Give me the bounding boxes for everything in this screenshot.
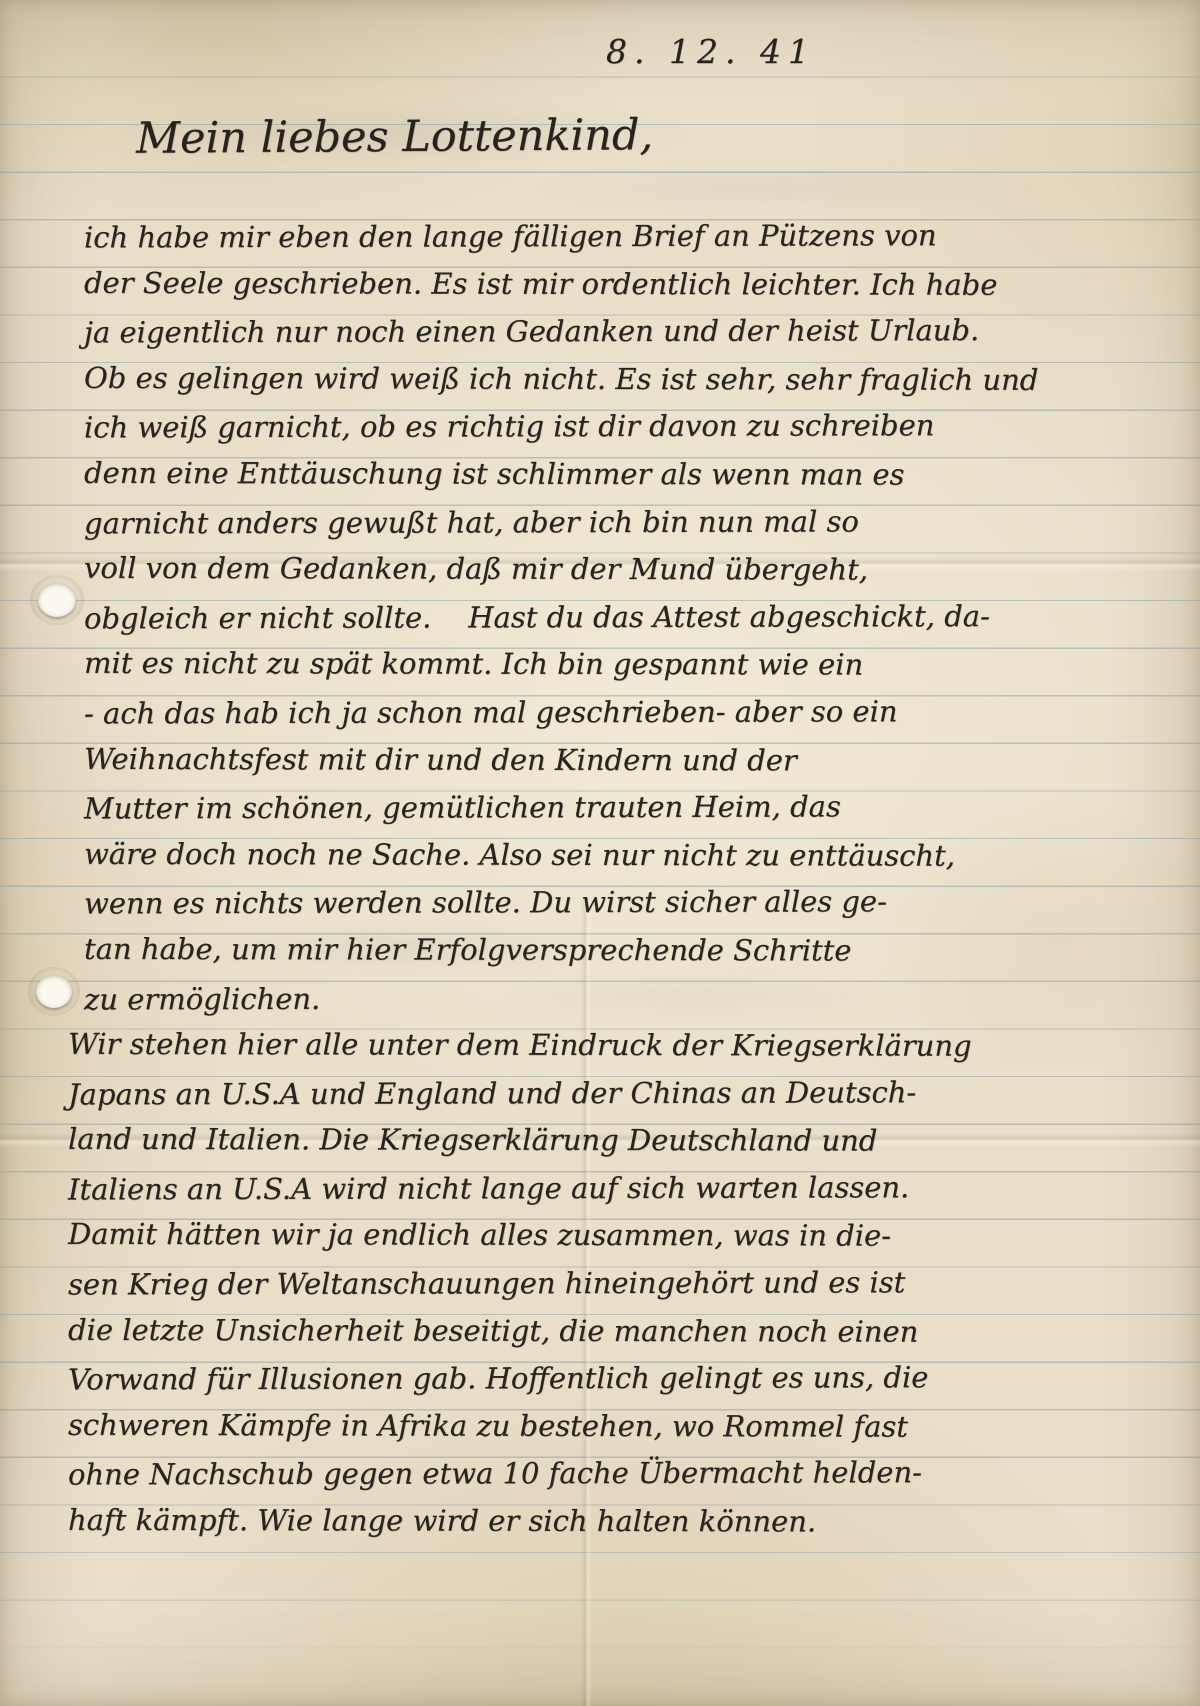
letter-line: wäre doch noch ne Sache. Also sei nur ni… <box>84 831 1174 881</box>
letter-line: Damit hätten wir ja endlich alles zusamm… <box>68 1211 1174 1261</box>
letter-line: Japans an U.S.A und England und der Chin… <box>68 1068 1174 1118</box>
punch-hole-bottom <box>36 975 72 1008</box>
letter-line: ja eigentlich nur noch einen Gedanken un… <box>84 307 1174 357</box>
letter-line: obgleich er nicht sollte. Hast du das At… <box>84 592 1174 642</box>
letter-line: Mutter im schönen, gemütlichen trauten H… <box>84 783 1174 833</box>
letter-line: Wir stehen hier alle unter dem Eindruck … <box>68 1021 1174 1071</box>
letter-line: Ob es gelingen wird weiß ich nicht. Es i… <box>84 355 1174 405</box>
letter-line: Vorwand für Illusionen gab. Hoffentlich … <box>68 1354 1174 1404</box>
letter-line: ich weiß garnicht, ob es richtig ist dir… <box>84 402 1174 452</box>
letter-line: voll von dem Gedanken, daß mir der Mund … <box>84 545 1174 595</box>
letter-line: ich habe mir eben den lange fälligen Bri… <box>84 212 1174 262</box>
letter-line: die letzte Unsicherheit beseitigt, die m… <box>68 1306 1174 1356</box>
letter-line: Italiens an U.S.A wird nicht lange auf s… <box>68 1163 1174 1213</box>
letter-line: garnicht anders gewußt hat, aber ich bin… <box>84 497 1174 547</box>
letter-line: sen Krieg der Weltanschauungen hineingeh… <box>68 1259 1174 1309</box>
letter-line: - ach das hab ich ja schon mal geschrieb… <box>84 688 1174 738</box>
letter-salutation: Mein liebes Lottenkind, <box>136 110 653 164</box>
letter-page: 8. 12. 41 Mein liebes Lottenkind, ich ha… <box>0 0 1200 1706</box>
letter-line: denn eine Enttäuschung ist schlimmer als… <box>84 450 1174 500</box>
letter-date: 8. 12. 41 <box>606 32 816 71</box>
letter-line: tan habe, um mir hier Erfolgversprechend… <box>84 926 1174 976</box>
letter-line: mit es nicht zu spät kommt. Ich bin gesp… <box>84 640 1174 690</box>
letter-line: land und Italien. Die Kriegserklärung De… <box>68 1116 1174 1166</box>
letter-line: Weihnachtsfest mit dir und den Kindern u… <box>84 735 1174 785</box>
letter-body: ich habe mir eben den lange fälligen Bri… <box>84 213 1174 1546</box>
letter-line: schweren Kämpfe in Afrika zu bestehen, w… <box>68 1402 1174 1452</box>
letter-line: der Seele geschrieben. Es ist mir ordent… <box>84 259 1174 309</box>
letter-line: wenn es nichts werden sollte. Du wirst s… <box>84 878 1174 928</box>
punch-hole-top <box>38 583 76 617</box>
letter-line: haft kämpft. Wie lange wird er sich halt… <box>68 1497 1174 1547</box>
letter-line: zu ermöglichen. <box>84 973 1174 1023</box>
letter-line: ohne Nachschub gegen etwa 10 fache Überm… <box>68 1449 1174 1499</box>
